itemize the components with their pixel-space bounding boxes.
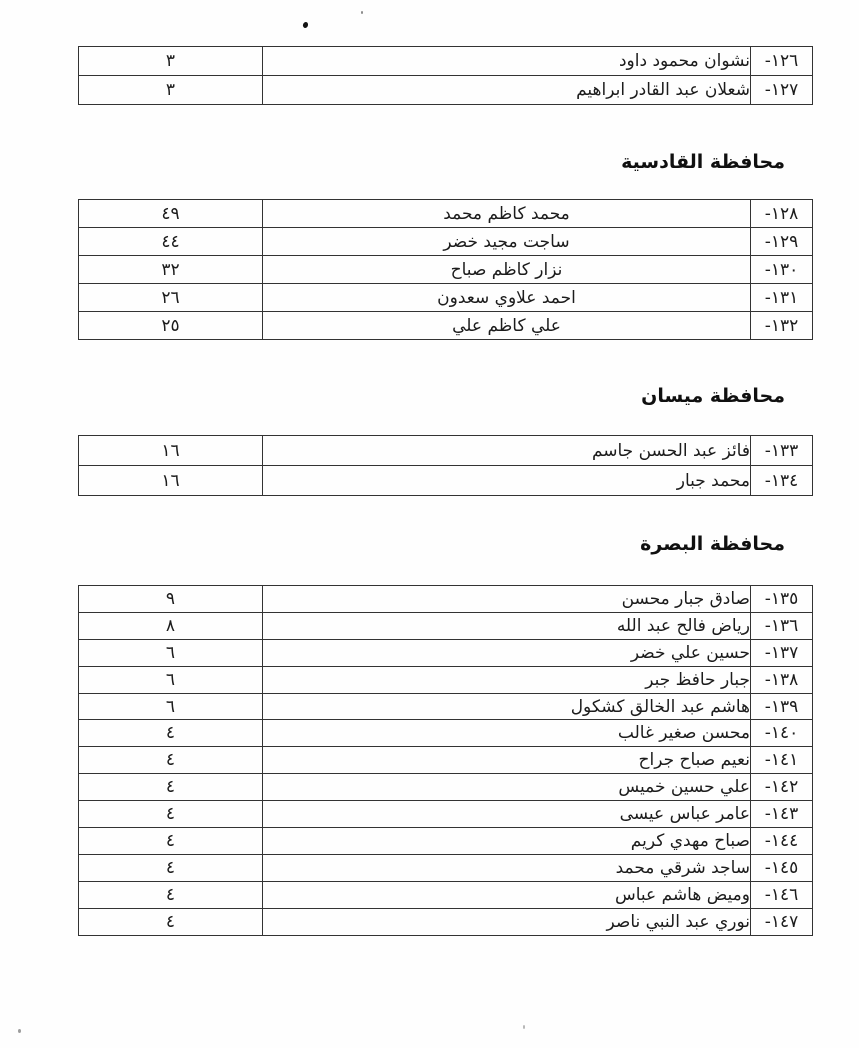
table-row: ١٣٢-علي كاظم علي٢٥ bbox=[79, 312, 813, 340]
table-row: ١٤٣-عامر عباس عيسى٤ bbox=[79, 801, 813, 828]
row-name-cell: علي كاظم علي bbox=[263, 312, 751, 340]
row-number-cell: ١٣٠- bbox=[751, 256, 813, 284]
row-name-cell: حسين علي خضر bbox=[263, 639, 751, 666]
row-number-cell: ١٤٣- bbox=[751, 801, 813, 828]
row-value-cell: ٨ bbox=[79, 612, 263, 639]
row-value-cell: ٦ bbox=[79, 693, 263, 720]
row-value-cell: ٦ bbox=[79, 666, 263, 693]
row-number-cell: ١٤٢- bbox=[751, 774, 813, 801]
row-name-cell: محسن صغير غالب bbox=[263, 720, 751, 747]
row-name-cell: جبار حافظ جبر bbox=[263, 666, 751, 693]
row-number-cell: ١٣١- bbox=[751, 284, 813, 312]
row-number-cell: ١٤٦- bbox=[751, 881, 813, 908]
scanned-document-page: محافظة القادسية محافظة ميسان محافظة البص… bbox=[0, 0, 859, 1048]
row-name-cell: عامر عباس عيسى bbox=[263, 801, 751, 828]
row-value-cell: ٤ bbox=[79, 854, 263, 881]
row-name-cell: فائز عبد الحسن جاسم bbox=[263, 436, 751, 466]
row-value-cell: ٤ bbox=[79, 908, 263, 935]
table-row: ١٣٧-حسين علي خضر٦ bbox=[79, 639, 813, 666]
row-name-cell: شعلان عبد القادر ابراهيم bbox=[263, 76, 751, 105]
row-name-cell: هاشم عبد الخالق كشكول bbox=[263, 693, 751, 720]
row-number-cell: ١٢٧- bbox=[751, 76, 813, 105]
row-number-cell: ١٣٩- bbox=[751, 693, 813, 720]
row-name-cell: صادق جبار محسن bbox=[263, 586, 751, 613]
table-row: ١٤٧-نوري عبد النبي ناصر٤ bbox=[79, 908, 813, 935]
row-value-cell: ٤ bbox=[79, 720, 263, 747]
table-row: ١٤٠-محسن صغير غالب٤ bbox=[79, 720, 813, 747]
table-row: ١٢٩-ساجت مجيد خضر٤٤ bbox=[79, 228, 813, 256]
table-row: ١٣٩-هاشم عبد الخالق كشكول٦ bbox=[79, 693, 813, 720]
row-number-cell: ١٤١- bbox=[751, 747, 813, 774]
row-value-cell: ٢٥ bbox=[79, 312, 263, 340]
row-number-cell: ١٣٥- bbox=[751, 586, 813, 613]
table-row: ١٣٦-رياض فالح عبد الله٨ bbox=[79, 612, 813, 639]
scan-speck bbox=[18, 1029, 21, 1033]
row-value-cell: ٤ bbox=[79, 747, 263, 774]
row-name-cell: صباح مهدي كريم bbox=[263, 828, 751, 855]
row-value-cell: ٤٩ bbox=[79, 200, 263, 228]
row-value-cell: ٣٢ bbox=[79, 256, 263, 284]
table-row: ١٤٢-علي حسين خميس٤ bbox=[79, 774, 813, 801]
table-row: ١٤٥-ساجد شرقي محمد٤ bbox=[79, 854, 813, 881]
section-title-qadisiyah: محافظة القادسية bbox=[621, 151, 785, 173]
row-number-cell: ١٣٦- bbox=[751, 612, 813, 639]
table-row: ١٢٦-نشوان محمود داود٣ bbox=[79, 47, 813, 76]
roster-table-continued: ١٢٦-نشوان محمود داود٣١٢٧-شعلان عبد القاد… bbox=[78, 46, 813, 105]
section-title-maysan: محافظة ميسان bbox=[641, 385, 785, 407]
table-row: ١٤٦-وميض هاشم عباس٤ bbox=[79, 881, 813, 908]
row-number-cell: ١٤٤- bbox=[751, 828, 813, 855]
row-name-cell: وميض هاشم عباس bbox=[263, 881, 751, 908]
row-name-cell: نشوان محمود داود bbox=[263, 47, 751, 76]
row-name-cell: نوري عبد النبي ناصر bbox=[263, 908, 751, 935]
roster-table-basra: ١٣٥-صادق جبار محسن٩١٣٦-رياض فالح عبد الل… bbox=[78, 585, 813, 936]
row-number-cell: ١٤٠- bbox=[751, 720, 813, 747]
row-value-cell: ٤ bbox=[79, 774, 263, 801]
roster-table-maysan: ١٣٣-فائز عبد الحسن جاسم١٦١٣٤-محمد جبار١٦ bbox=[78, 435, 813, 496]
row-name-cell: نزار كاظم صباح bbox=[263, 256, 751, 284]
scan-speck bbox=[302, 21, 309, 28]
table-row: ١٤٤-صباح مهدي كريم٤ bbox=[79, 828, 813, 855]
table-row: ١٤١-نعيم صباح جراح٤ bbox=[79, 747, 813, 774]
row-value-cell: ٤ bbox=[79, 801, 263, 828]
table-row: ١٢٧-شعلان عبد القادر ابراهيم٣ bbox=[79, 76, 813, 105]
row-value-cell: ١٦ bbox=[79, 436, 263, 466]
row-number-cell: ١٣٤- bbox=[751, 466, 813, 496]
scan-speck bbox=[361, 11, 363, 14]
section-title-basra: محافظة البصرة bbox=[640, 533, 785, 555]
row-value-cell: ٢٦ bbox=[79, 284, 263, 312]
row-number-cell: ١٣٨- bbox=[751, 666, 813, 693]
row-name-cell: رياض فالح عبد الله bbox=[263, 612, 751, 639]
row-name-cell: محمد كاظم محمد bbox=[263, 200, 751, 228]
row-number-cell: ١٣٣- bbox=[751, 436, 813, 466]
row-value-cell: ٣ bbox=[79, 47, 263, 76]
table-row: ١٣٣-فائز عبد الحسن جاسم١٦ bbox=[79, 436, 813, 466]
row-number-cell: ١٤٧- bbox=[751, 908, 813, 935]
row-number-cell: ١٤٥- bbox=[751, 854, 813, 881]
row-name-cell: ساجت مجيد خضر bbox=[263, 228, 751, 256]
table-row: ١٣١-احمد علاوي سعدون٢٦ bbox=[79, 284, 813, 312]
row-name-cell: احمد علاوي سعدون bbox=[263, 284, 751, 312]
table-row: ١٣٨-جبار حافظ جبر٦ bbox=[79, 666, 813, 693]
table-row: ١٣٤-محمد جبار١٦ bbox=[79, 466, 813, 496]
table-row: ١٣٥-صادق جبار محسن٩ bbox=[79, 586, 813, 613]
row-number-cell: ١٢٩- bbox=[751, 228, 813, 256]
row-value-cell: ٤٤ bbox=[79, 228, 263, 256]
table-row: ١٢٨-محمد كاظم محمد٤٩ bbox=[79, 200, 813, 228]
row-value-cell: ٣ bbox=[79, 76, 263, 105]
row-value-cell: ٤ bbox=[79, 881, 263, 908]
row-number-cell: ١٢٦- bbox=[751, 47, 813, 76]
row-name-cell: نعيم صباح جراح bbox=[263, 747, 751, 774]
row-number-cell: ١٣٧- bbox=[751, 639, 813, 666]
roster-table-qadisiyah: ١٢٨-محمد كاظم محمد٤٩١٢٩-ساجت مجيد خضر٤٤١… bbox=[78, 199, 813, 340]
scan-speck bbox=[523, 1025, 525, 1029]
row-value-cell: ٦ bbox=[79, 639, 263, 666]
table-row: ١٣٠-نزار كاظم صباح٣٢ bbox=[79, 256, 813, 284]
row-name-cell: ساجد شرقي محمد bbox=[263, 854, 751, 881]
row-name-cell: محمد جبار bbox=[263, 466, 751, 496]
row-value-cell: ١٦ bbox=[79, 466, 263, 496]
row-number-cell: ١٣٢- bbox=[751, 312, 813, 340]
row-value-cell: ٤ bbox=[79, 828, 263, 855]
row-value-cell: ٩ bbox=[79, 586, 263, 613]
row-name-cell: علي حسين خميس bbox=[263, 774, 751, 801]
row-number-cell: ١٢٨- bbox=[751, 200, 813, 228]
